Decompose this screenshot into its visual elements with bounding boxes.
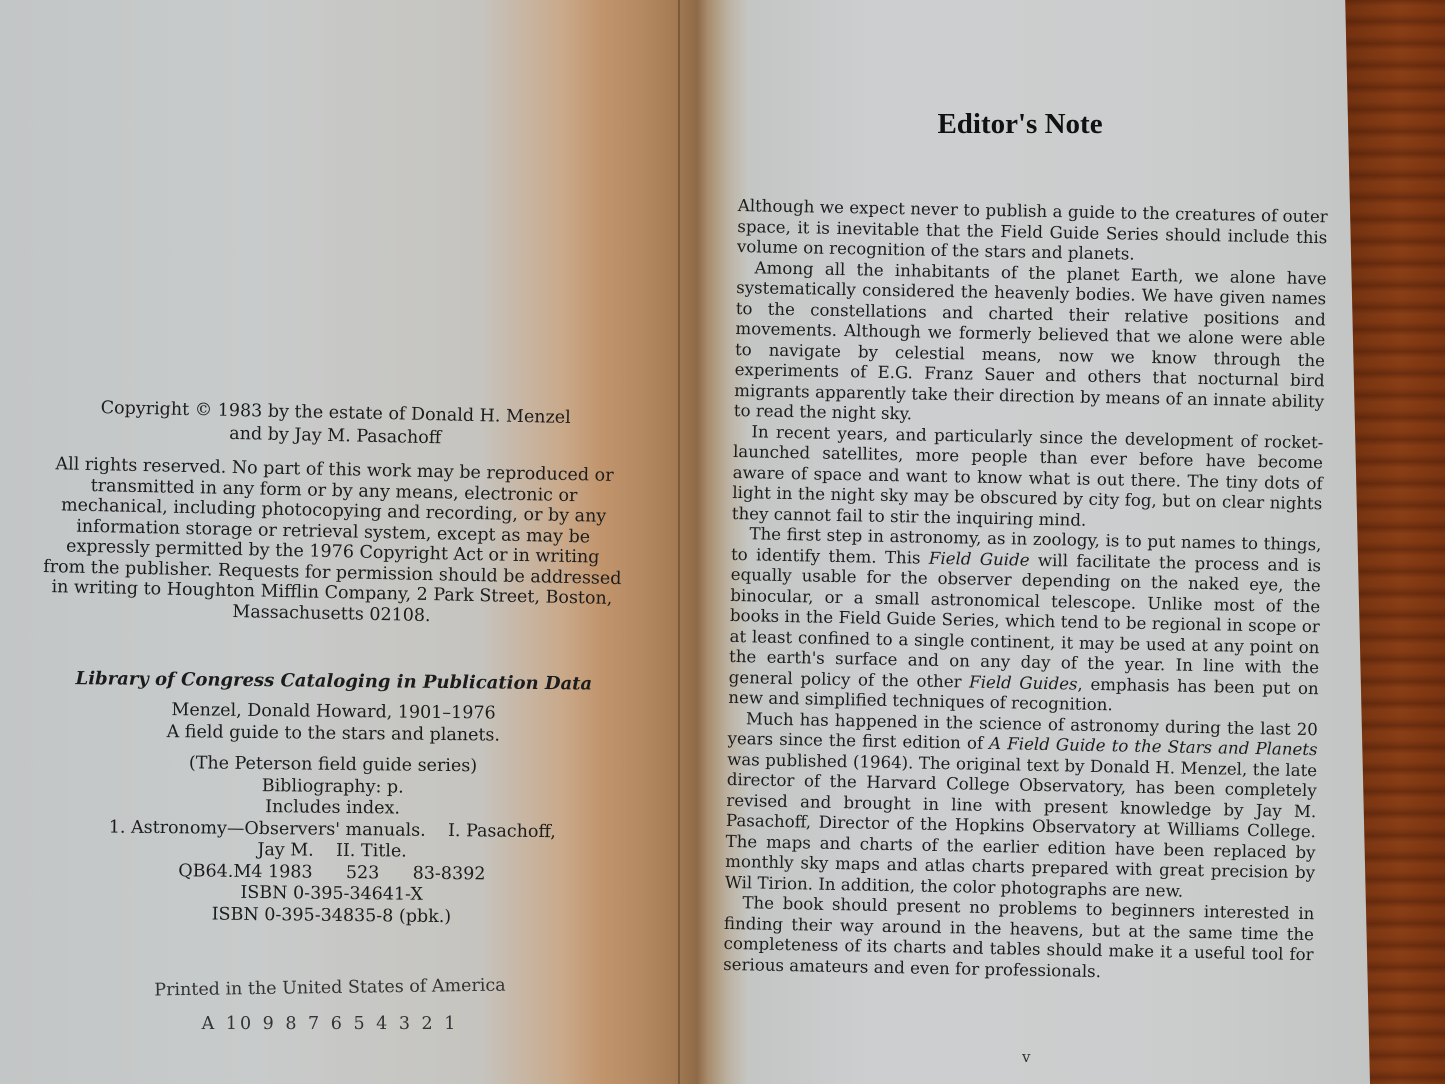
italic-run: Field Guides [969,672,1078,693]
cip-entry-notes: (The Peterson field guide series) Biblio… [61,752,603,930]
page-title: Editor's Note [860,108,1180,141]
cip-heading: Library of Congress Cataloging in Public… [64,668,604,695]
paragraph-1: Although we expect never to publish a gu… [737,196,1328,269]
paragraph-4: The first step in astronomy, as in zoolo… [728,524,1321,720]
text-run: was published (1964). The original text … [725,749,1318,900]
editors-note-body: Although we expect never to publish a gu… [723,196,1328,986]
printing-number-line: A 10 9 8 7 6 5 4 3 2 1 [200,1014,460,1034]
text-run: will facilitate the process and is equal… [729,550,1322,691]
paragraph-5: Much has happened in the science of astr… [725,708,1318,904]
page-number: v [1022,1048,1030,1066]
cip-title: A field guide to the stars and planets. [63,720,603,747]
copyright-block: Copyright © 1983 by the estate of Donald… [41,396,626,630]
paragraph-3: In recent years, and particularly since … [732,421,1324,535]
cip-data-block: Library of Congress Cataloging in Public… [61,668,604,930]
paragraph-6: The book should present no problems to b… [723,893,1314,986]
rights-reserved-text: All rights reserved. No part of this wor… [41,454,624,630]
cip-entry-main: Menzel, Donald Howard, 1901–1976 A field… [63,699,603,748]
paragraph-2: Among all the inhabitants of the planet … [734,257,1327,432]
italic-run: Field Guide [929,548,1030,569]
gutter-crease [678,0,680,1084]
